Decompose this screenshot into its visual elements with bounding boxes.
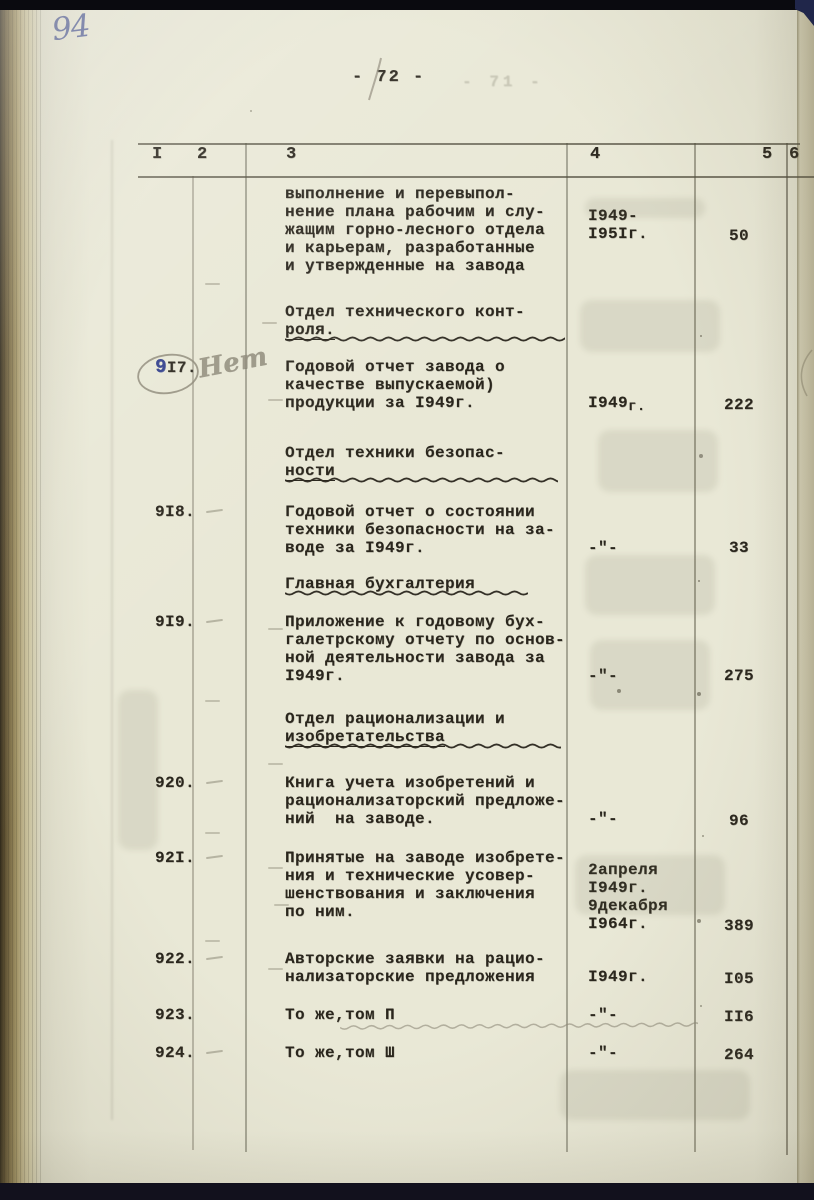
entry-title: выполнение и перевыпол-нение плана рабоч… <box>285 185 585 275</box>
entry-title: Приложение к годовому бух-галетрскому от… <box>285 613 585 685</box>
pencil-dash-mark <box>206 956 223 961</box>
pencil-ditto-mark <box>268 867 283 869</box>
bleed-through-smudge <box>598 430 718 492</box>
archive-page-scan: 94 - 72 - - 71 - I 2 3 4 5 6 выполнение … <box>0 0 814 1200</box>
bleed-through-smudge <box>575 855 725 915</box>
wavy-underline <box>285 335 565 343</box>
pencil-dash-mark <box>206 1050 223 1055</box>
entry-title: Авторские заявки на рацио-нализаторские … <box>285 950 585 986</box>
scanner-background-top <box>0 0 814 10</box>
column-header-2: 2 <box>197 146 208 164</box>
bleed-through-smudge <box>585 198 705 218</box>
entry-sheet-count: 96 <box>703 812 775 830</box>
pencil-ditto-mark <box>205 940 220 942</box>
wavy-underline <box>285 742 561 750</box>
entry-title: Книга учета изобретений ирационализаторс… <box>285 774 585 828</box>
pencil-dash-mark <box>206 619 223 624</box>
entry-sheet-count: 222 <box>703 396 775 414</box>
pencil-ditto-mark <box>268 763 283 765</box>
table-row: Годовой отчет завода окачестве выпускаем… <box>0 358 814 412</box>
section-heading: Отдел технического конт-роля. <box>285 303 585 339</box>
bleed-through-smudge <box>590 640 710 710</box>
pencil-ditto-mark <box>205 700 220 702</box>
pencil-ditto-mark <box>268 628 283 630</box>
table-header-rule <box>138 176 814 178</box>
entry-dates: I949г. <box>588 394 646 413</box>
page-number: - 72 - <box>352 69 425 87</box>
bleed-through-smudge <box>560 1070 750 1120</box>
section-heading: Отдел техники безопас-ности <box>285 444 585 480</box>
wavy-underline <box>285 589 528 597</box>
entry-sheet-count: II6 <box>703 1008 775 1026</box>
bleed-through-smudge <box>580 300 720 352</box>
entry-sheet-count: 275 <box>703 667 775 685</box>
pencil-slash-mark <box>366 56 386 102</box>
section-heading: Отдел рационализации иизобретательства <box>285 710 585 746</box>
pencil-circle-annotation <box>135 350 203 398</box>
corner-number: 94 <box>50 8 92 48</box>
column-header-5: 5 <box>762 146 773 164</box>
pencil-ditto-mark <box>205 283 220 285</box>
entry-dates: -"- <box>588 810 618 828</box>
wavy-underline <box>285 476 558 484</box>
pencil-ditto-mark <box>268 399 283 401</box>
table-row: То же,том Ш924.-"-264 <box>0 1044 814 1062</box>
column-header-4: 4 <box>590 146 601 164</box>
pencil-dash-mark <box>206 780 223 785</box>
entry-dates: -"- <box>588 1044 618 1062</box>
pencil-ditto-mark <box>262 322 277 324</box>
entry-sheet-count: I05 <box>703 970 775 988</box>
entry-number: 923. <box>155 1006 195 1024</box>
column-header-6: 6 <box>789 146 800 164</box>
pencil-ditto-mark <box>205 832 220 834</box>
entry-number: 92I. <box>155 849 195 867</box>
entry-title: Годовой отчет завода окачестве выпускаем… <box>285 358 585 412</box>
scanner-background-bottom <box>0 1183 814 1200</box>
entry-number: 920. <box>155 774 195 792</box>
bleed-through-smudge <box>118 690 158 850</box>
entry-sheet-count: 264 <box>703 1046 775 1064</box>
entry-title: Принятые на заводе изобрете-ния и технич… <box>285 849 585 921</box>
column-header-1: I <box>152 146 163 164</box>
entry-title: То же,том Ш <box>285 1044 585 1062</box>
pencil-ditto-mark <box>268 968 283 970</box>
table-row: То же,том П923.-"-II6 <box>0 1006 814 1024</box>
bleed-through-smudge <box>585 555 715 615</box>
ghost-page-number: - 71 - <box>462 73 544 91</box>
entry-number: 9I9. <box>155 613 195 631</box>
entry-dates: I949г. <box>588 968 648 986</box>
pencil-dash-mark <box>206 509 223 514</box>
pencil-note: Нет <box>197 348 269 379</box>
entry-number: 922. <box>155 950 195 968</box>
pencil-curve-mark <box>796 348 814 398</box>
table-row: Авторские заявки на рацио-нализаторские … <box>0 950 814 986</box>
wavy-underline <box>340 1020 698 1031</box>
section-heading: Главная бухгалтерия <box>285 575 585 593</box>
column-header-3: 3 <box>286 146 297 164</box>
entry-number: 9I8. <box>155 503 195 521</box>
entry-number: 924. <box>155 1044 195 1062</box>
table-row: Годовой отчет о состояниитехники безопас… <box>0 503 814 557</box>
entry-sheet-count: 50 <box>703 227 775 245</box>
table-top-rule <box>138 143 800 145</box>
entry-sheet-count: 33 <box>703 539 775 557</box>
entry-sheet-count: 389 <box>703 917 775 935</box>
entry-title: Годовой отчет о состояниитехники безопас… <box>285 503 585 557</box>
pencil-ditto-mark <box>274 904 289 906</box>
pencil-dash-mark <box>206 855 223 860</box>
